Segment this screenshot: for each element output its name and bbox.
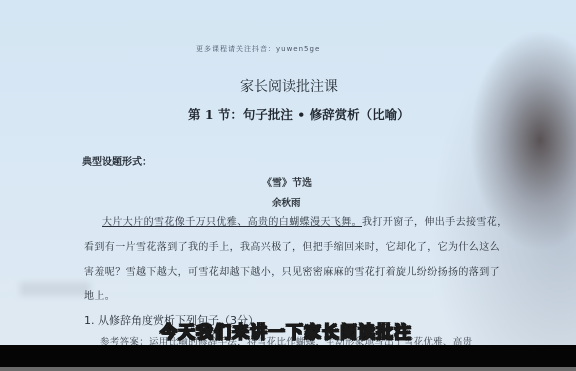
passage-line-4: 地上。 bbox=[84, 287, 115, 302]
passage-line-3: 害羞呢？雪越下越大，可雪花却越下越小，只见密密麻麻的雪花打着旋儿纷纷扬扬的落到了 bbox=[84, 263, 500, 278]
passage-line-1-rest: 我打开窗子，伸出手去接雪花， bbox=[362, 217, 508, 228]
video-subtitle: 今天我们来讲一下家长阅读批注 bbox=[160, 318, 412, 343]
excerpt-title: 《雪》节选 bbox=[262, 174, 312, 189]
passage-line-1: 大片大片的雪花像千万只优雅、高贵的白蝴蝶漫天飞舞。我打开窗子，伸出手去接雪花， bbox=[102, 213, 508, 228]
letterbox-bar bbox=[0, 345, 576, 367]
passage-line-2: 看到有一片雪花落到了我的手上，我高兴极了，但把手缩回来时，它却化了，它为什么这么 bbox=[84, 238, 500, 253]
underlined-sentence: 大片大片的雪花像千万只优雅、高贵的白蝴蝶漫天飞舞。 bbox=[102, 217, 362, 228]
author-name: 余秋雨 bbox=[272, 195, 301, 209]
blurred-shadow bbox=[20, 282, 90, 296]
typical-question-label: 典型设题形式： bbox=[82, 153, 152, 168]
course-title: 家长阅读批注课 bbox=[240, 76, 338, 96]
watermark-text: 更多课程请关注抖音：yuwen5ge bbox=[196, 44, 320, 54]
section-title: 第 1 节：句子批注 • 修辞赏析（比喻） bbox=[188, 105, 410, 123]
document-page: 更多课程请关注抖音：yuwen5ge 家长阅读批注课 第 1 节：句子批注 • … bbox=[0, 0, 576, 345]
bottom-strip bbox=[0, 367, 576, 371]
video-frame: 更多课程请关注抖音：yuwen5ge 家长阅读批注课 第 1 节：句子批注 • … bbox=[0, 0, 576, 345]
